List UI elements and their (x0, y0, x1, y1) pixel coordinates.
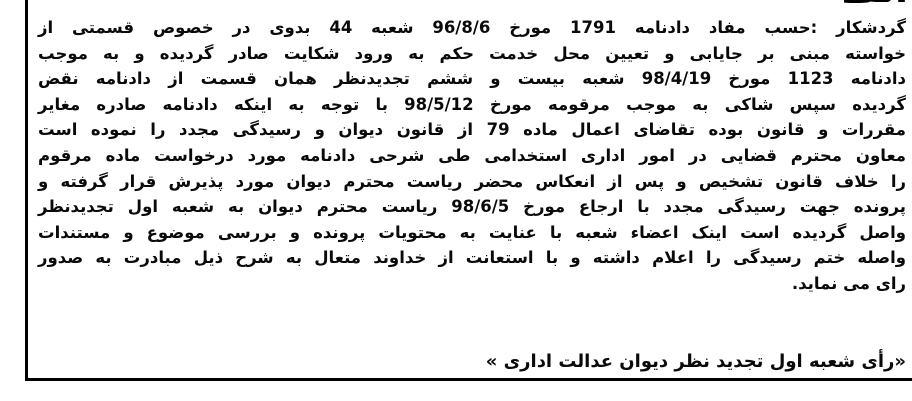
clipped-corner-marking: الف (844, 0, 908, 8)
paragraph-line: دادنامه 1123 مورخ 98/4/19 شعبه بیست و شش… (38, 66, 906, 92)
paragraph-line-last: رای می نماید. (38, 271, 906, 297)
verdict-section-heading: «رأی شعبه اول تجدید نظر دیوان عدالت ادار… (486, 350, 906, 374)
paragraph-line: واصل گردیده است اینک اعضاء شعبه با عنایت… (38, 220, 906, 246)
paragraph-line: خواسته مبنی بر جایابی و تعیین محل خدمت ح… (38, 41, 906, 67)
proceedings-paragraph: گردشکار :حسب مفاد دادنامه 1791 مورخ 96/8… (38, 15, 906, 297)
paragraph-line: معاون محترم قضایی در امور اداری استخدامی… (38, 143, 906, 169)
paragraph-line: را خلاف قانون تشخیص و پس از انعکاس محضر … (38, 169, 906, 195)
document-page: الف گردشکار :حسب مفاد دادنامه 1791 مورخ … (0, 0, 912, 401)
paragraph-line: پرونده جهت رسیدگی مجدد با ارجاع مورخ 98/… (38, 194, 906, 220)
clipped-corner-text: الف (844, 0, 908, 8)
paragraph-line: گردیده سپس شاکی به موجب مرقومه مورخ 98/5… (38, 92, 906, 118)
cell-border-bottom (25, 378, 912, 381)
paragraph-line: گردشکار :حسب مفاد دادنامه 1791 مورخ 96/8… (38, 15, 906, 41)
cell-border-left (25, 0, 28, 381)
paragraph-line: مقررات و قانون بوده تقاضای اعمال ماده 79… (38, 117, 906, 143)
paragraph-line: واصله ختم رسیدگی را اعلام داشته و با است… (38, 245, 906, 271)
